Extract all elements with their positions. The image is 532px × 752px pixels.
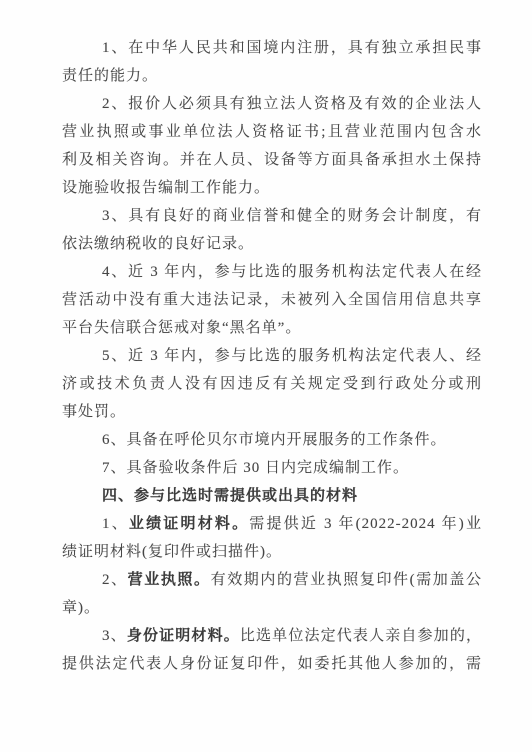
text-line: 7、具备验收条件后 30 日内完成编制工作。 bbox=[62, 454, 482, 482]
text-line: 1、业绩证明材料。需提供近 3 年(2022-2024 年)业 bbox=[62, 510, 482, 538]
text-segment: 7、具备验收条件后 30 日内完成编制工作。 bbox=[102, 460, 409, 476]
text-line: 1、在中华人民共和国境内注册，具有独立承担民事 bbox=[62, 34, 482, 62]
text-segment: 设施验收报告编制工作能力。 bbox=[62, 180, 270, 196]
text-segment: 2、报价人必须具有独立法人资格及有效的企业法人 bbox=[102, 96, 482, 112]
document-text-block: 1、在中华人民共和国境内注册，具有独立承担民事责任的能力。2、报价人必须具有独立… bbox=[62, 34, 482, 678]
text-segment: 平台失信联合惩戒对象“黑名单”。 bbox=[62, 320, 301, 336]
text-segment: 3、 bbox=[102, 628, 127, 644]
text-line: 2、营业执照。有效期内的营业执照复印件(需加盖公 bbox=[62, 566, 482, 594]
text-segment: 5、近 3 年内，参与比选的服务机构法定代表人、经 bbox=[102, 348, 482, 364]
text-segment: 绩证明材料(复印件或扫描件)。 bbox=[62, 544, 282, 560]
text-line: 利及相关咨询。并在人员、设备等方面具备承担水土保持 bbox=[62, 146, 482, 174]
text-segment: 6、具备在呼伦贝尔市境内开展服务的工作条件。 bbox=[102, 432, 447, 448]
text-line: 依法缴纳税收的良好记录。 bbox=[62, 230, 482, 258]
text-segment: 4、近 3 年内，参与比选的服务机构法定代表人在经 bbox=[102, 264, 482, 280]
text-line: 5、近 3 年内，参与比选的服务机构法定代表人、经 bbox=[62, 342, 482, 370]
text-line: 章)。 bbox=[62, 594, 482, 622]
text-segment: 利及相关咨询。并在人员、设备等方面具备承担水土保持 bbox=[62, 152, 482, 168]
text-line: 2、报价人必须具有独立法人资格及有效的企业法人 bbox=[62, 90, 482, 118]
text-line: 责任的能力。 bbox=[62, 62, 482, 90]
text-segment: 提供法定代表人身份证复印件，如委托其他人参加的，需 bbox=[62, 656, 482, 672]
text-segment: 责任的能力。 bbox=[62, 68, 158, 84]
text-segment: 需提供近 3 年(2022-2024 年)业 bbox=[249, 516, 482, 532]
text-line: 3、身份证明材料。比选单位法定代表人亲自参加的， bbox=[62, 622, 482, 650]
text-segment: 依法缴纳税收的良好记录。 bbox=[62, 236, 254, 252]
text-segment: 1、在中华人民共和国境内注册，具有独立承担民事 bbox=[102, 40, 482, 56]
text-line: 事处罚。 bbox=[62, 398, 482, 426]
text-line: 绩证明材料(复印件或扫描件)。 bbox=[62, 538, 482, 566]
text-segment: 有效期内的营业执照复印件(需加盖公 bbox=[211, 572, 482, 588]
text-segment: 营业执照或事业单位法人资格证书;且营业范围内包含水 bbox=[62, 124, 482, 140]
text-line: 提供法定代表人身份证复印件，如委托其他人参加的，需 bbox=[62, 650, 482, 678]
text-segment: 3、具有良好的商业信誉和健全的财务会计制度，有 bbox=[102, 208, 482, 224]
text-line: 济或技术负责人没有因违反有关规定受到行政处分或刑 bbox=[62, 370, 482, 398]
bold-text-segment: 身份证明材料。 bbox=[127, 628, 240, 644]
bold-text-segment: 营业执照。 bbox=[128, 572, 211, 588]
text-line: 营活动中没有重大违法记录，未被列入全国信用信息共享 bbox=[62, 286, 482, 314]
text-line: 营业执照或事业单位法人资格证书;且营业范围内包含水 bbox=[62, 118, 482, 146]
text-segment: 2、 bbox=[102, 572, 128, 588]
text-line: 平台失信联合惩戒对象“黑名单”。 bbox=[62, 314, 482, 342]
text-segment: 比选单位法定代表人亲自参加的， bbox=[240, 628, 482, 644]
text-segment: 事处罚。 bbox=[62, 404, 126, 420]
bold-text-segment: 四、参与比选时需提供或出具的材料 bbox=[102, 488, 358, 504]
document-page: 1、在中华人民共和国境内注册，具有独立承担民事责任的能力。2、报价人必须具有独立… bbox=[0, 0, 532, 752]
text-line: 3、具有良好的商业信誉和健全的财务会计制度，有 bbox=[62, 202, 482, 230]
text-line: 6、具备在呼伦贝尔市境内开展服务的工作条件。 bbox=[62, 426, 482, 454]
text-segment: 营活动中没有重大违法记录，未被列入全国信用信息共享 bbox=[62, 292, 482, 308]
text-line: 4、近 3 年内，参与比选的服务机构法定代表人在经 bbox=[62, 258, 482, 286]
text-segment: 济或技术负责人没有因违反有关规定受到行政处分或刑 bbox=[62, 376, 482, 392]
text-line: 四、参与比选时需提供或出具的材料 bbox=[62, 482, 482, 510]
bold-text-segment: 业绩证明材料。 bbox=[129, 516, 249, 532]
text-segment: 章)。 bbox=[62, 600, 100, 616]
text-line: 设施验收报告编制工作能力。 bbox=[62, 174, 482, 202]
text-segment: 1、 bbox=[102, 516, 129, 532]
